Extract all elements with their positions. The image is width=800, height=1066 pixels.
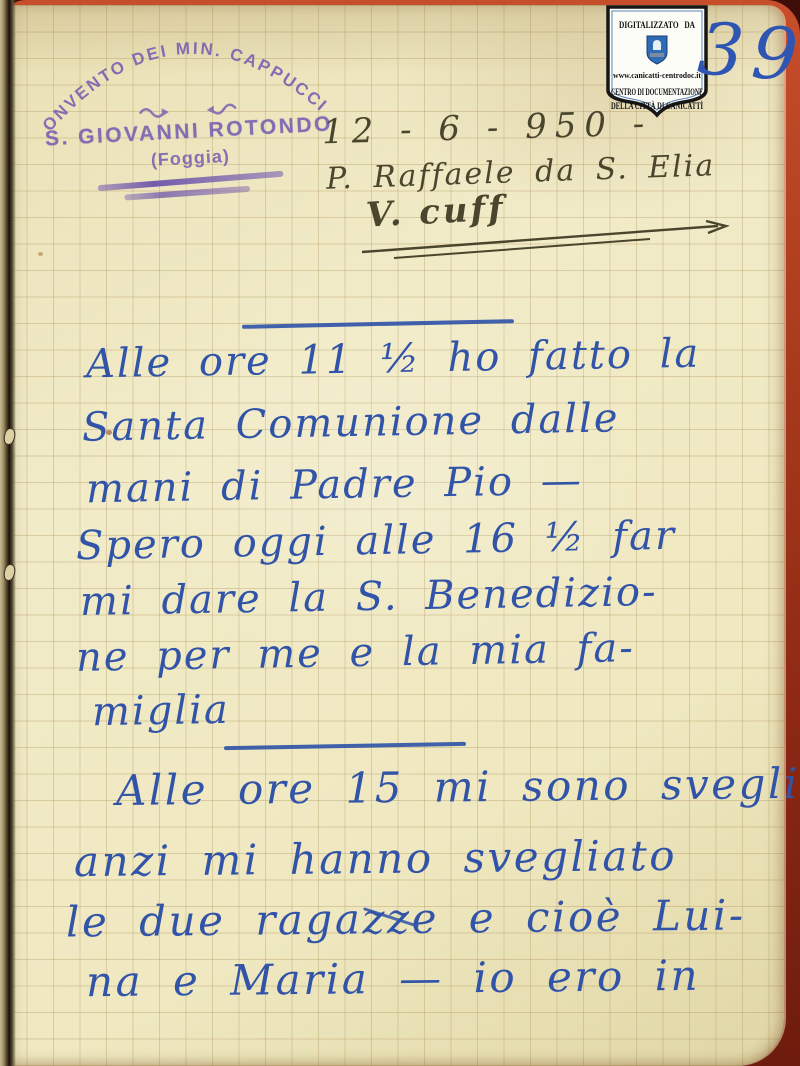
handwritten-line: ne per me e la mia fa- xyxy=(76,625,635,681)
badge-org-line1: CENTRO DI DOCUMENTAZIONE xyxy=(611,88,703,98)
handwritten-line: anzi mi hanno svegliato xyxy=(74,831,678,886)
stamp-flourish-icon xyxy=(205,99,238,117)
badge-header: DIGITALIZZATO DA xyxy=(619,21,695,31)
canicatti-coat-of-arms-icon xyxy=(647,36,667,64)
handwritten-line: Alle ore 15 mi sono svegliato xyxy=(116,758,800,815)
handwritten-line: Santa Comunione dalle xyxy=(82,395,620,450)
scanned-diary-page: CONVENTO DEI MIN. CAPPUCCINI S. GIOVANNI… xyxy=(0,0,800,1066)
page-number: 39 xyxy=(695,6,800,97)
convent-rubber-stamp: CONVENTO DEI MIN. CAPPUCCINI S. GIOVANNI… xyxy=(34,18,343,208)
stamp-underline xyxy=(124,186,250,201)
badge-website: www.canicatti-centrodoc.it xyxy=(613,70,701,80)
handwritten-line: mani di Padre Pio — xyxy=(86,458,583,513)
paper-speck xyxy=(38,252,43,256)
stamp-underline xyxy=(98,171,284,192)
binding-fold xyxy=(0,0,16,1066)
stamp-flourish-icon xyxy=(137,103,170,121)
handwritten-line: le due ragazze e cioè Lui- xyxy=(66,890,746,946)
handwritten-line: miglia xyxy=(92,687,231,735)
signature-flourish xyxy=(350,212,750,264)
digitization-badge: DIGITALIZZATO DA www.canicatti-centrodoc… xyxy=(603,4,711,120)
handwritten-line: na e Maria — io ero in xyxy=(86,951,701,1006)
